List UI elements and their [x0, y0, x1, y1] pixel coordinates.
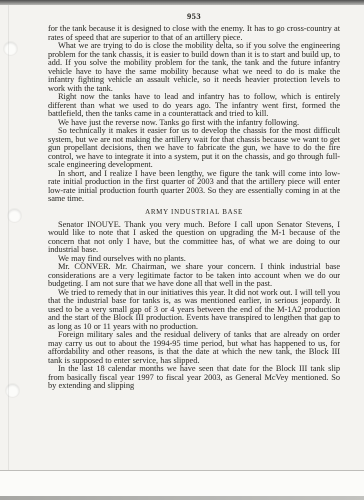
paragraph: In the last 18 calendar months we have s… — [48, 365, 340, 391]
punch-hole — [8, 209, 21, 222]
paragraph: In short, and I realize I have been leng… — [48, 170, 340, 204]
scan-edge-bottom — [0, 496, 364, 500]
paragraph-mr-conver: Mr. CONVER. Mr. Chairman, we share your … — [48, 263, 340, 289]
page-text-column: for the tank because it is designed to c… — [48, 25, 340, 391]
paragraph: We tried to remedy that in our initiativ… — [48, 289, 340, 332]
paragraph: for the tank because it is designed to c… — [48, 25, 340, 42]
paragraph: What we are trying to do is close the mo… — [48, 42, 340, 93]
paragraph: Foreign military sales and the residual … — [48, 331, 340, 365]
scan-edge-top — [0, 0, 364, 5]
punch-hole — [4, 42, 17, 55]
scan-area-below-page — [0, 471, 364, 496]
scanned-document-page: 953 for the tank because it is designed … — [0, 0, 364, 500]
paragraph-senator-inouye: Senator INOUYE. Thank you very much. Bef… — [48, 221, 340, 255]
page-edge-line — [8, 5, 9, 470]
section-heading: ARMY INDUSTRIAL BASE — [48, 208, 340, 216]
paragraph: Right now the tanks have to lead and inf… — [48, 93, 340, 119]
page-number: 953 — [48, 11, 340, 21]
paragraph: So technically it makes it easier for us… — [48, 127, 340, 170]
